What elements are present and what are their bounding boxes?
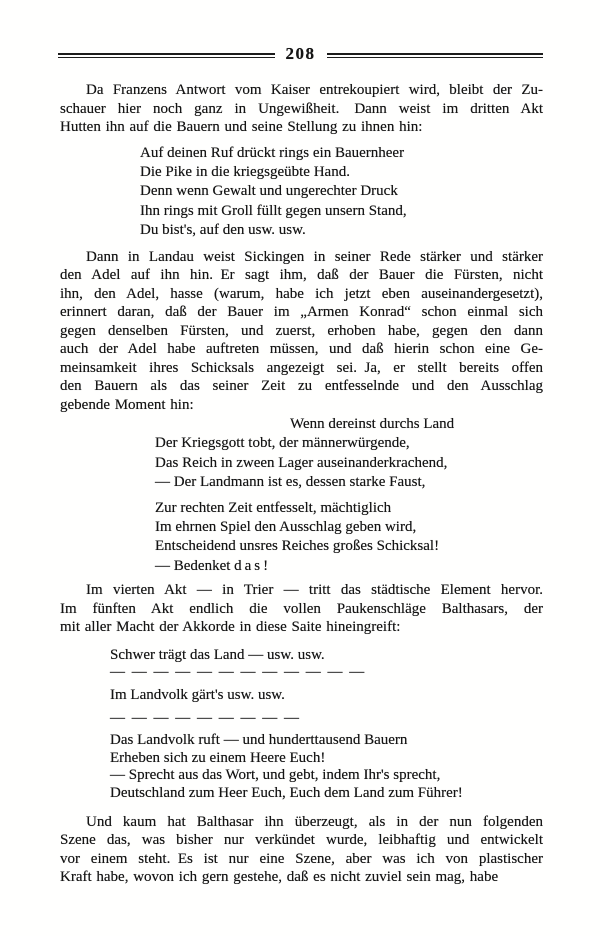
verse-line: Wenn dereinst durchs Land	[290, 415, 543, 434]
text-line: gebende Moment hin:	[60, 396, 543, 415]
text-line: ihn, den Adel, hasse (warum, habe ich je…	[60, 285, 543, 304]
text-line: Szene das, was bisher nur verkündet wurd…	[60, 831, 543, 850]
verse-stanza-1: Der Kriegsgott tobt, der männerwürgende,…	[155, 434, 543, 492]
verse-line: Die Pike in die kriegsgeübte Hand.	[140, 163, 543, 182]
verse-line: Das Reich in zween Lager auseinanderkrac…	[155, 454, 543, 473]
verse-quote-1: Auf deinen Ruf drückt rings ein Bauernhe…	[140, 144, 543, 241]
verse-quote-3: Schwer trägt das Land — usw. usw. — — — …	[110, 647, 543, 803]
verse-line: Deutschland zum Heer Euch, Euch dem Land…	[110, 785, 543, 803]
verse-line: Zur rechten Zeit entfesselt, mächtiglich	[155, 499, 543, 518]
page-number: 208	[275, 45, 327, 62]
verse-line: — Bedenket d a s !	[155, 557, 543, 576]
header-rule-right	[327, 53, 544, 58]
text-line: erinnert daran, daß der Bauer im „Armen …	[60, 303, 543, 322]
page-header: 208	[0, 47, 600, 64]
text-line: mit aller Macht der Akkorde in diese Sai…	[60, 618, 543, 637]
book-page: 208 Da Franzens Antwort vom Kaiser entre…	[0, 0, 600, 936]
text-line: Im fünften Akt endlich die vollen Pauken…	[60, 600, 543, 619]
verse-stanza-3: Das Landvolk ruft — und hunderttausend B…	[110, 732, 543, 802]
paragraph-4: Und kaum hat Balthasar ihn überzeugt, al…	[60, 813, 543, 887]
verse-line: Auf deinen Ruf drückt rings ein Bauernhe…	[140, 144, 543, 163]
text-line: gegen denselben Fürsten, und zuerst, erh…	[60, 322, 543, 341]
verse-stanza-2: Zur rechten Zeit entfesselt, mächtiglich…	[155, 499, 543, 577]
text-line: Hutten ihn auf die Bauern und seine Stel…	[60, 118, 543, 137]
dash-separator: — — — — — — — — — — — —	[110, 664, 543, 682]
paragraph-1: Da Franzens Antwort vom Kaiser entrekoup…	[60, 81, 543, 137]
verse-line: Du bist's, auf den usw. usw.	[140, 221, 543, 240]
paragraph-3: Im vierten Akt — in Trier — tritt das st…	[60, 581, 543, 637]
text-line: vor einem steht. Es ist nur eine Szene, …	[60, 850, 543, 869]
page-text: Da Franzens Antwort vom Kaiser entrekoup…	[0, 81, 600, 887]
text-line: Da Franzens Antwort vom Kaiser entrekoup…	[60, 81, 543, 100]
verse-line: Im Landvolk gärt's usw. usw.	[110, 687, 543, 705]
text-line: Kraft habe, wovon ich gern gestehe, daß …	[60, 868, 543, 887]
verse-line: Ihn rings mit Groll füllt gegen unsern S…	[140, 202, 543, 221]
text-line: meinsamkeit ihres Schicksals angezeigt s…	[60, 359, 543, 378]
verse-line: Im ehrnen Spiel den Ausschlag geben wird…	[155, 518, 543, 537]
text-line: schauer hier noch ganz in Ungewißheit. D…	[60, 100, 543, 119]
text-line: Dann in Landau weist Sickingen in seiner…	[60, 248, 543, 267]
verse-line: Erheben sich zu einem Heere Euch!	[110, 750, 543, 768]
paragraph-2: Dann in Landau weist Sickingen in seiner…	[60, 248, 543, 415]
text-line: Im vierten Akt — in Trier — tritt das st…	[60, 581, 543, 600]
header-rule-left	[58, 53, 275, 58]
verse-line: Der Kriegsgott tobt, der männerwürgende,	[155, 434, 543, 453]
text-line: den Bauern als das seiner Zeit zu entfes…	[60, 377, 543, 396]
text-line: Und kaum hat Balthasar ihn überzeugt, al…	[60, 813, 543, 832]
verse-line: Schwer trägt das Land — usw. usw.	[110, 647, 543, 665]
verse-quote-2: Wenn dereinst durchs Land Der Kriegsgott…	[155, 415, 543, 576]
verse-line: Entscheidend unsres Reiches großes Schic…	[155, 537, 543, 556]
dash-separator: — — — — — — — — —	[110, 710, 543, 728]
verse-line: Das Landvolk ruft — und hunderttausend B…	[110, 732, 543, 750]
verse-line: — Der Landmann ist es, dessen starke Fau…	[155, 473, 543, 492]
verse-line: Denn wenn Gewalt und ungerechter Druck	[140, 182, 543, 201]
verse-line: — Sprecht aus das Wort, und gebt, indem …	[110, 767, 543, 785]
text-line: auch der Adel habe auftreten müssen, und…	[60, 340, 543, 359]
text-line: den Adel auf ihn hin. Er sagt ihm, daß d…	[60, 266, 543, 285]
